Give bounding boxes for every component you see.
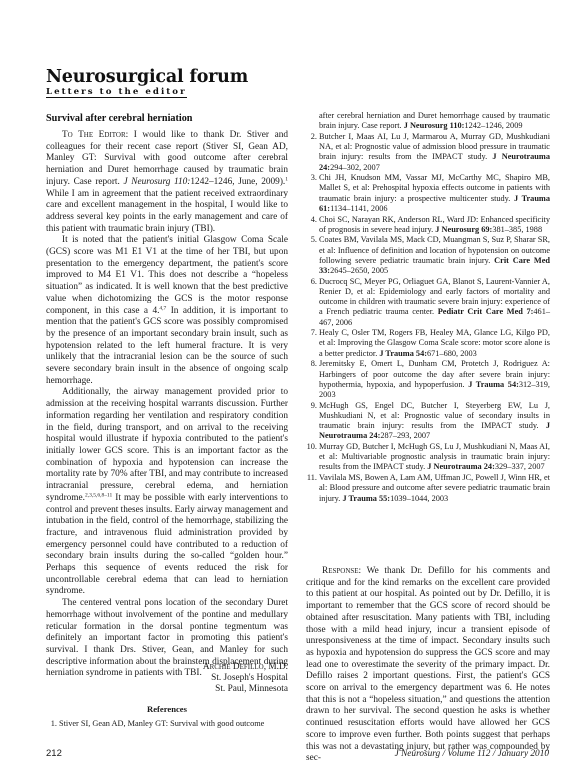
reference-item: 2.Butcher I, Maas AI, Lu J, Marmarou A, …	[306, 132, 550, 173]
reference-item: 6.Ducrocq SC, Meyer PG, Orliaguet GA, Bl…	[306, 277, 550, 328]
author-name: Archie Defillo, M.D.	[46, 662, 288, 673]
reference-item: 1.Stiver SI, Gean AD, Manley GT: Surviva…	[46, 719, 288, 729]
citation: 2,3,5,6,8–11	[85, 492, 112, 498]
page-number: 212	[46, 748, 62, 759]
response-body: Response: We thank Dr. Defillo for his c…	[306, 566, 550, 765]
references-heading: References	[46, 704, 288, 714]
author-location: St. Paul, Minnesota	[46, 684, 288, 695]
response-label: Response:	[322, 566, 361, 576]
reference-item: 3.Chi JH, Knudson MM, Vassar MJ, McCarth…	[306, 173, 550, 214]
reference-item: after cerebral herniation and Duret hemo…	[306, 111, 550, 131]
reference-item: 5.Coates BM, Vavilala MS, Mack CD, Muang…	[306, 235, 550, 276]
section-subtitle: Letters to the editor	[46, 87, 187, 98]
reference-item: 11.Vavilala MS, Bowen A, Lam AM, Uffman …	[306, 473, 550, 504]
reference-item: 4.Choi SC, Narayan RK, Anderson RL, Ward…	[306, 215, 550, 235]
reference-item: 8.Jeremitsky E, Omert L, Dunham CM, Prot…	[306, 359, 550, 400]
author-affiliation: St. Joseph's Hospital	[46, 673, 288, 684]
letter-paragraph-1: To The Editor: I would like to thank Dr.…	[46, 130, 288, 235]
letter-paragraph-3: Additionally, the airway management prov…	[46, 387, 288, 598]
reference-item: 10.Murray GD, Butcher I, McHugh GS, Lu J…	[306, 442, 550, 473]
reference-item: 9.McHugh GS, Engel DC, Butcher I, Steyer…	[306, 401, 550, 442]
reference-item: 7.Healy C, Osler TM, Rogers FB, Healey M…	[306, 328, 550, 359]
letter-body: To The Editor: I would like to thank Dr.…	[46, 130, 288, 680]
references-list-left: 1.Stiver SI, Gean AD, Manley GT: Surviva…	[46, 719, 288, 730]
references-list-right: after cerebral herniation and Duret hemo…	[306, 111, 550, 504]
response-paragraph: Response: We thank Dr. Defillo for his c…	[306, 566, 550, 765]
citation: 1	[285, 176, 288, 182]
letter-paragraph-2: It is noted that the patient's initial G…	[46, 235, 288, 387]
signature-block: Archie Defillo, M.D. St. Joseph's Hospit…	[46, 662, 288, 696]
section-title: Neurosurgical forum	[46, 68, 248, 86]
article-title: Survival after cerebral herniation	[46, 113, 192, 125]
salutation: To The Editor:	[62, 130, 128, 140]
journal-footer: J Neurosurg / Volume 112 / January 2010	[395, 749, 549, 759]
